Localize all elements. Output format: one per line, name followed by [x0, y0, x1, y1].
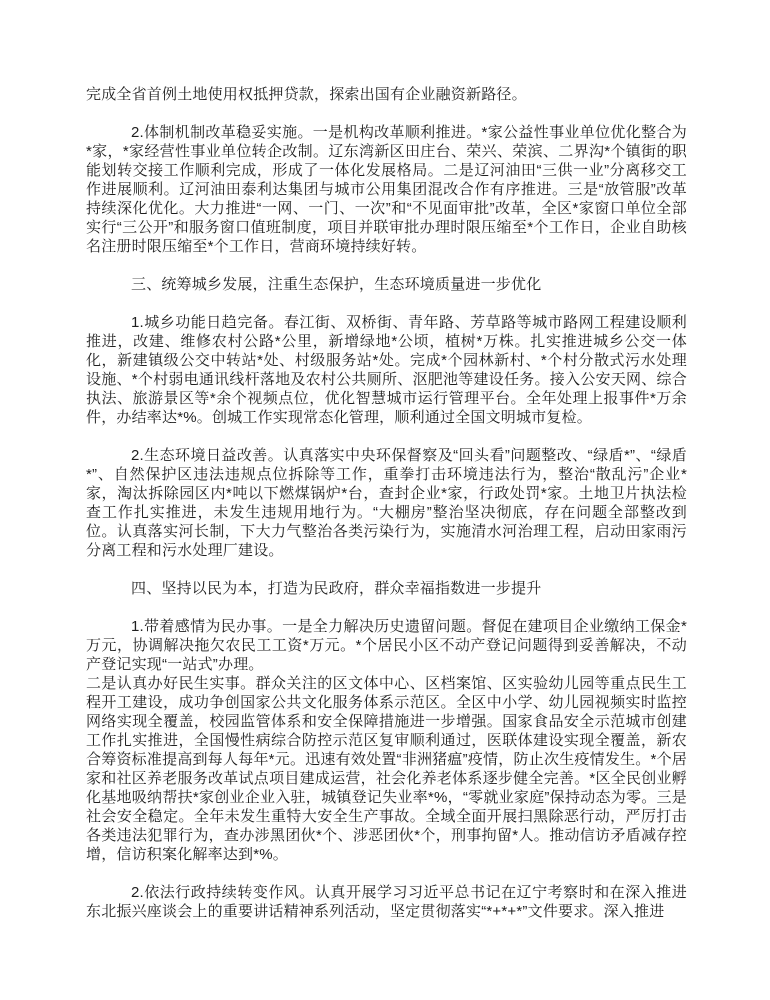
document-page: 完成全省首例土地使用权抵押贷款，探索出国有企业融资新路径。 2.体制机制改革稳妥…: [0, 0, 770, 1000]
paragraph: 1.带着感情为民办事。一是全力解决历史遗留问题。督促在建项目企业缴纳工保金*万元…: [86, 617, 687, 674]
paragraph: 完成全省首例土地使用权抵押贷款，探索出国有企业融资新路径。: [86, 85, 687, 104]
paragraph: 二是认真办好民生实事。群众关注的区文体中心、区档案馆、区实验幼儿园等重点民生工程…: [86, 674, 687, 864]
paragraph: 2.体制机制改革稳妥实施。一是机构改革顺利推进。*家公益性事业单位优化整合为*家…: [86, 123, 687, 256]
paragraph: 2.依法行政持续转变作风。认真开展学习习近平总书记在辽宁考察时和在深入推进东北振…: [86, 883, 687, 921]
paragraph: 1.城乡功能日趋完备。春江街、双桥街、青年路、芳草路等城市路网工程建设顺利推进，…: [86, 313, 687, 427]
paragraph: 2.生态环境日益改善。认真落实中央环保督察及“回头看”问题整改、“绿盾*”、“绿…: [86, 446, 687, 560]
section-heading: 四、坚持以民为本，打造为民政府，群众幸福指数进一步提升: [86, 579, 687, 598]
section-heading: 三、统筹城乡发展，注重生态保护，生态环境质量进一步优化: [86, 275, 687, 294]
